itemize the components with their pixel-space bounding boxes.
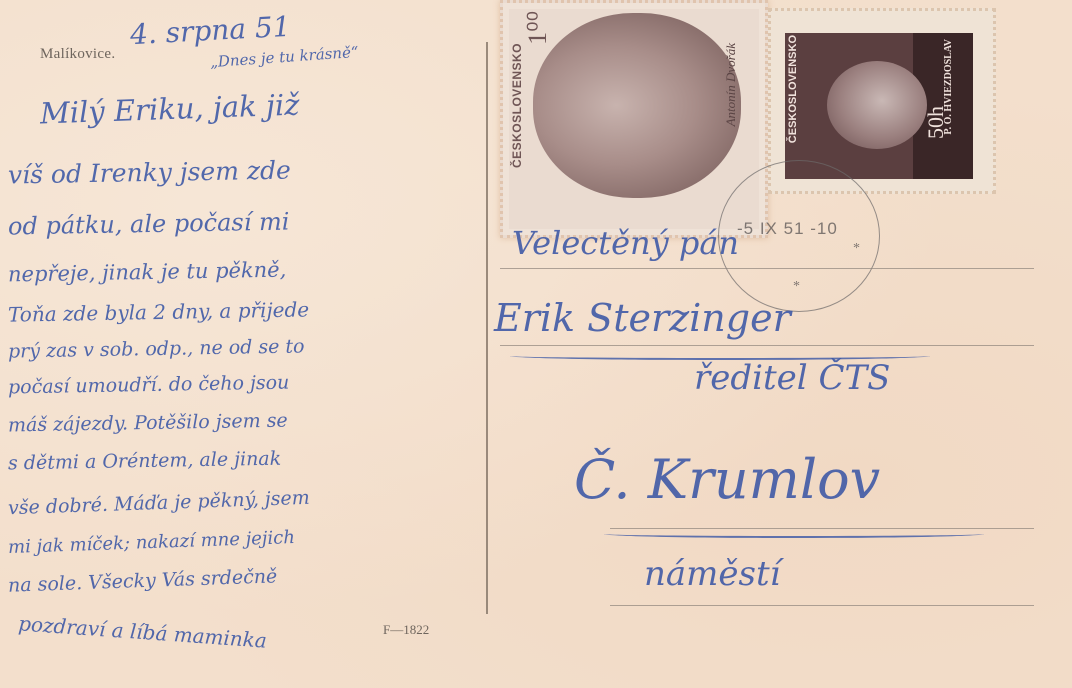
message-line: pozdraví a líbá maminka bbox=[17, 611, 267, 652]
message-line: mi jak míček; nakazí mne jejich bbox=[8, 527, 296, 558]
address-street: náměstí bbox=[644, 554, 781, 594]
message-line: nepřeje, jinak je tu pěkně, bbox=[8, 258, 287, 287]
printed-catalog-code: F—1822 bbox=[383, 622, 429, 638]
address-guide-line bbox=[500, 345, 1034, 346]
postmark-star-icon: * bbox=[853, 241, 860, 257]
message-line: na sole. Všecky Vás srdečně bbox=[8, 565, 278, 596]
stamp-portrait-image bbox=[827, 61, 927, 149]
address-city: Č. Krumlov bbox=[574, 448, 880, 511]
message-line: vše dobré. Máďa je pěkný, jsem bbox=[8, 487, 310, 520]
postmark-date: -5 IX 51 -10 bbox=[737, 219, 838, 239]
address-guide-line bbox=[610, 528, 1034, 529]
message-line: Toňa zde byla 2 dny, a přijede bbox=[8, 297, 310, 326]
message-line: máš zájezdy. Potěšilo jsem se bbox=[8, 410, 288, 437]
stamp-signature: Antonín Dvořák bbox=[723, 43, 739, 126]
postmark: -5 IX 51 -10 * * bbox=[718, 160, 880, 312]
message-line: od pátku, ale počasí mi bbox=[8, 208, 290, 241]
message-line: Milý Eriku, jak již bbox=[39, 87, 299, 130]
address-recipient-title: ředitel ČTS bbox=[694, 358, 890, 398]
postcard-back: Malíkovice. 4. srpna 51 „Dnes je tu krás… bbox=[0, 0, 1072, 688]
address-guide-line bbox=[500, 268, 1034, 269]
address-salutation: Velectěný pán bbox=[512, 224, 739, 262]
message-note: „Dnes je tu krásně“ bbox=[210, 43, 360, 71]
address-recipient-name: Erik Sterzinger bbox=[494, 296, 791, 340]
postmark-star-icon: * bbox=[793, 279, 800, 295]
message-date: 4. srpna 51 bbox=[129, 10, 291, 51]
stamp-value: 1⁰⁰ bbox=[523, 11, 553, 45]
stamp-country: ČESKOSLOVENSKO bbox=[510, 43, 524, 168]
center-divider bbox=[486, 42, 488, 614]
stamp-portrait-image bbox=[533, 13, 741, 198]
printed-place-name: Malíkovice. bbox=[40, 46, 115, 63]
message-line: počasí umoudří. do čeho jsou bbox=[8, 372, 290, 399]
message-line: s dětmi a Oréntem, ale jinak bbox=[8, 448, 282, 475]
stamp-country: ČESKOSLOVENSKO bbox=[787, 35, 799, 143]
address-guide-line bbox=[610, 605, 1034, 606]
city-underline bbox=[604, 530, 984, 538]
message-line: prý zas v sob. odp., ne od se to bbox=[8, 335, 305, 362]
message-line: víš od Irenky jsem zde bbox=[8, 156, 291, 190]
stamp-subject-name: P. O. HVIEZDOSLAV bbox=[943, 39, 954, 135]
